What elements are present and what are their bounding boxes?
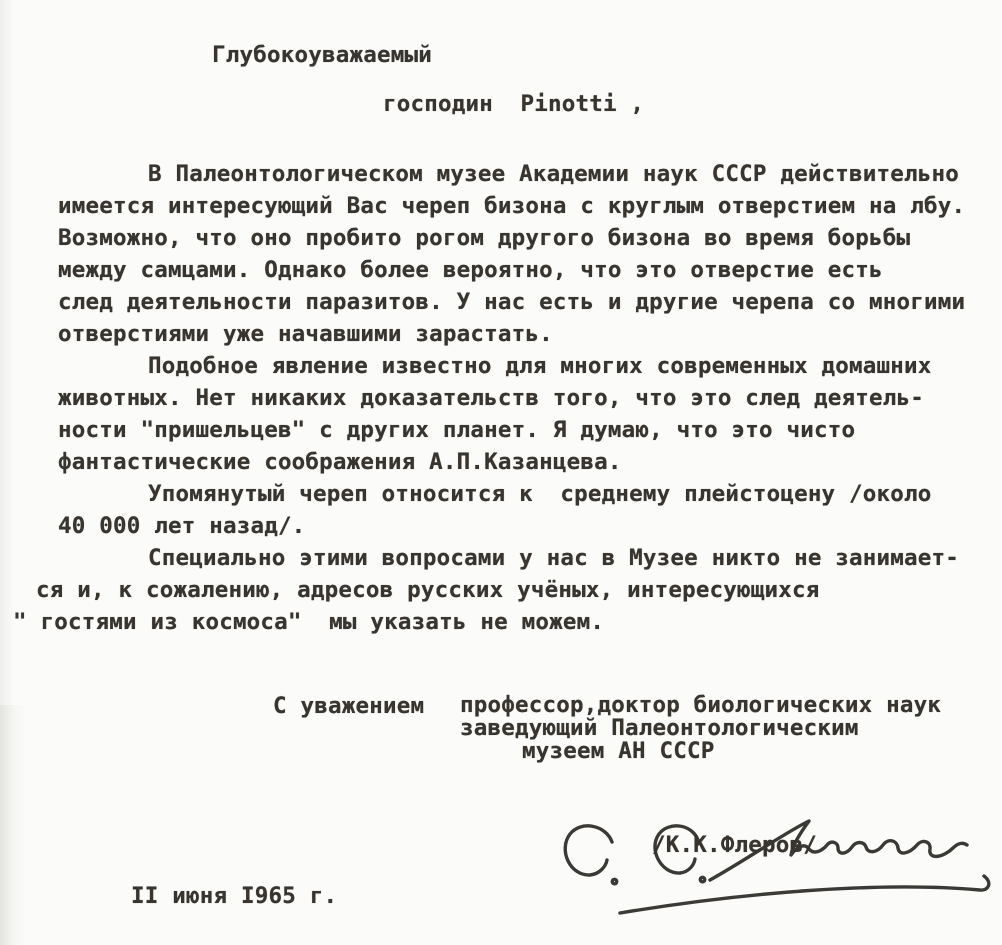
scan-shade-artifact	[0, 705, 26, 945]
letter-line: ся и, к сожалению, адресов русских учёны…	[0, 574, 1002, 606]
letter-line: " гостями из космоса" мы указать не може…	[0, 606, 1002, 638]
signature-typed-name: /К.К.Флеров/	[652, 832, 817, 858]
letter-line: Возможно, что оно пробито рогом другого …	[0, 222, 1002, 254]
date-line: II июня I965 г.	[131, 883, 337, 909]
salutation-line2: господин Pinotti ,	[383, 91, 644, 117]
letter-line: имеется интересующий Вас череп бизона с …	[0, 190, 1002, 222]
letter-line: след деятельности паразитов. У нас есть …	[0, 286, 1002, 318]
letter-body: В Палеонтологическом музее Академии наук…	[0, 158, 1002, 638]
signer-titles: профессор,доктор биологических наукзавед…	[460, 694, 941, 763]
salutation-line1: Глубокоуважаемый	[212, 42, 432, 68]
closing-regards: С уважением	[273, 694, 460, 763]
letter-line: животных. Нет никаких доказательств того…	[0, 382, 1002, 414]
closing-block: С уважением профессор,доктор биологическ…	[273, 694, 941, 763]
letter-line: Упомянутый череп относится к среднему пл…	[0, 478, 1002, 510]
letter-line: между самцами. Однако более вероятно, чт…	[0, 254, 1002, 286]
title-line: музеем АН СССР	[460, 740, 941, 763]
letter-line: 40 000 лет назад/.	[0, 510, 1002, 542]
letter-line: Подобное явление известно для многих сов…	[0, 350, 1002, 382]
letter-line: ности "пришельцев" с других планет. Я ду…	[0, 414, 1002, 446]
letter-page: Глубокоуважаемый господин Pinotti , В Па…	[0, 0, 1002, 945]
letter-line: отверстиями уже начавшими зарастать.	[0, 318, 1002, 350]
letter-line: фантастические соображения А.П.Казанцева…	[0, 446, 1002, 478]
title-line: заведующий Палеонтологическим	[460, 717, 941, 740]
letter-line: Специально этими вопросами у нас в Музее…	[0, 542, 1002, 574]
title-line: профессор,доктор биологических наук	[460, 694, 941, 717]
letter-line: В Палеонтологическом музее Академии наук…	[0, 158, 1002, 190]
